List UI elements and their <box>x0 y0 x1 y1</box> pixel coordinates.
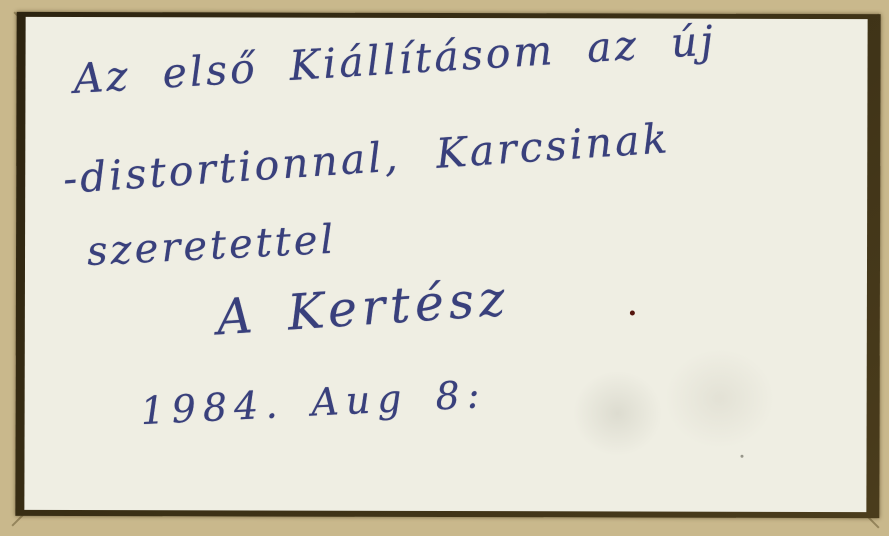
red-ink-dot <box>630 310 635 315</box>
cardboard-mat: Az első Kiállításom az új -distortionnal… <box>0 0 889 536</box>
handwriting-line-1: Az első Kiállításom az új <box>72 16 717 103</box>
photo-of-dedication-card: { "note": { "description": "Handwritten … <box>0 0 889 536</box>
gray-speck <box>740 455 743 458</box>
handwritten-card: Az első Kiállításom az új -distortionnal… <box>24 17 867 512</box>
dark-bevel-frame: Az első Kiállításom az új -distortionnal… <box>15 12 880 518</box>
handwriting-line-2: -distortionnal, Karcsinak <box>62 114 672 203</box>
card-smudge <box>572 370 662 456</box>
handwriting-line-3: szeretettel <box>86 217 337 275</box>
date-line: 1984. Aug 8: <box>140 372 488 433</box>
card-smudge <box>665 349 775 449</box>
signature: A Kertész <box>215 270 511 347</box>
